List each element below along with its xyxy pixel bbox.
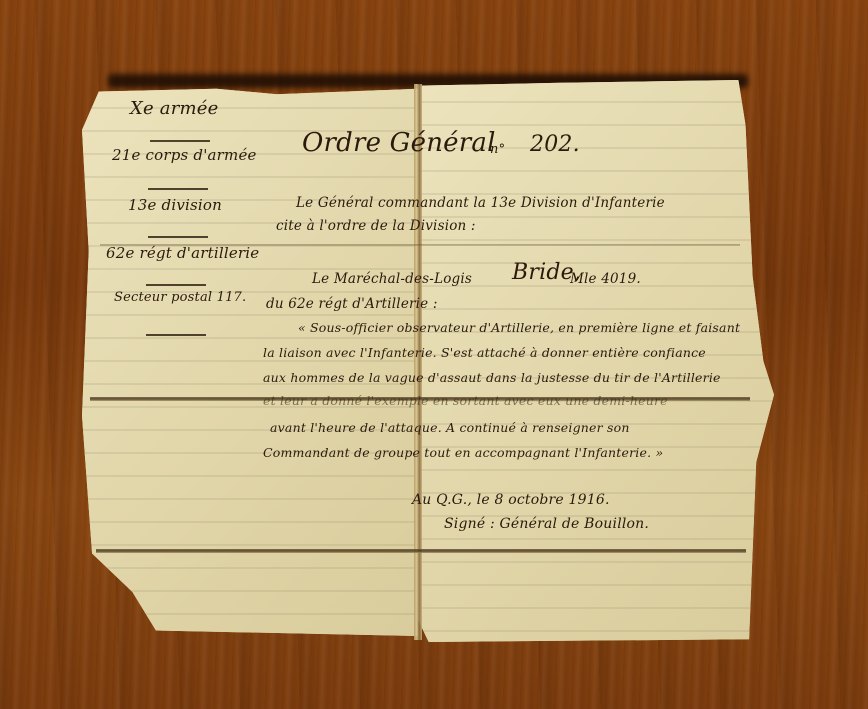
horizontal-fold-crease [96, 549, 746, 553]
citation-line-torn: et leur a donné l'exemple en sortant ave… [263, 393, 668, 408]
citation-line: aux hommes de la vague d'assaut dans la … [263, 370, 721, 385]
citee-rank: Le Maréchal-des-Logis [312, 271, 472, 287]
citation-line: « Sous-officier observateur d'Artillerie… [298, 320, 740, 335]
citation-line: la liaison avec l'Infanterie. S'est atta… [263, 345, 706, 360]
citation-line: avant l'heure de l'attaque. A continué à… [270, 420, 630, 435]
order-number: 202. [530, 132, 580, 157]
vertical-fold-crease [414, 84, 422, 640]
document-right-half [418, 80, 774, 642]
document-title: Ordre Général [302, 128, 496, 158]
postal-sector-label: Secteur postal 117. [114, 290, 246, 305]
order-number-label: n° [490, 142, 505, 157]
signature: Signé : Général de Bouillon. [444, 516, 649, 532]
document-left-half [82, 86, 418, 636]
corps-label: 21e corps d'armée [112, 146, 257, 164]
citee-unit: du 62e régt d'Artillerie : [266, 296, 438, 312]
separator-rule [146, 334, 206, 336]
separator-rule [148, 236, 208, 238]
citee-matricule: Mle 4019. [570, 271, 641, 287]
separator-rule [148, 188, 208, 190]
citation-line: Commandant de groupe tout en accompagnan… [263, 445, 663, 460]
army-label: Xe armée [130, 98, 219, 119]
regiment-label: 62e régt d'artillerie [106, 244, 259, 262]
separator-rule [146, 284, 206, 286]
division-label: 13e division [128, 196, 222, 214]
place-date: Au Q.G., le 8 octobre 1916. [412, 492, 610, 508]
separator-rule [150, 140, 210, 142]
intro-line: Le Général commandant la 13e Division d'… [296, 195, 665, 211]
intro-line: cite à l'ordre de la Division : [276, 218, 476, 234]
